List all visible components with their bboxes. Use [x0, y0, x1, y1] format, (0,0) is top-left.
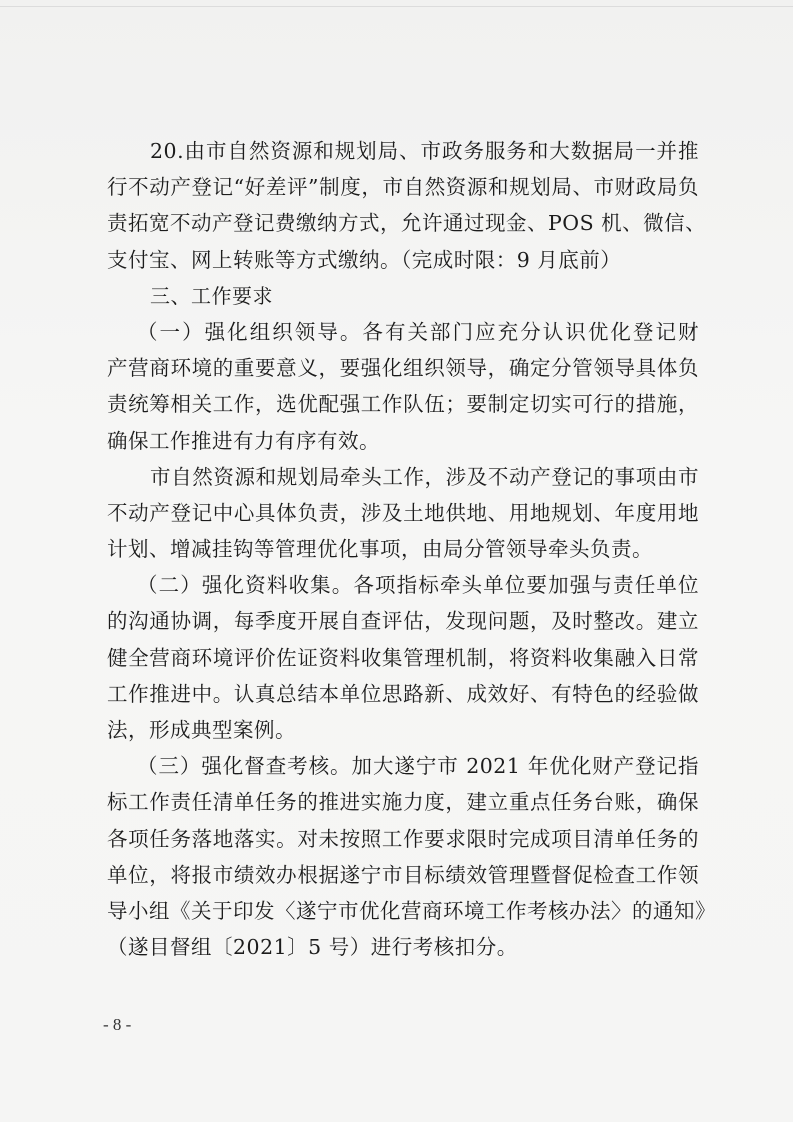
text-line: 产营商环境的重要意义，要强化组织领导，确定分管领导具体负	[107, 350, 699, 386]
text-line: 支付宝、网上转账等方式缴纳。（完成时限：9 月底前）	[107, 242, 699, 278]
text-line: （遂目督组〔2021〕5 号）进行考核扣分。	[107, 929, 699, 965]
text-line: 的沟通协调，每季度开展自查评估，发现问题，及时整改。建立	[107, 603, 699, 639]
text-line: 不动产登记中心具体负责，涉及土地供地、用地规划、年度用地	[107, 495, 699, 531]
text-line: 单位，将报市绩效办根据遂宁市目标绩效管理暨督促检查工作领	[107, 857, 699, 893]
text-line: 标工作责任清单任务的推进实施力度，建立重点任务台账，确保	[107, 784, 699, 820]
paragraph-sub3: （三）强化督查考核。加大遂宁市 2021 年优化财产登记指 标工作责任清单任务的…	[107, 748, 699, 965]
text-line: 行不动产登记“好差评”制度，市自然资源和规划局、市财政局负	[107, 169, 699, 205]
paragraph-sub2: （二）强化资料收集。各项指标牵头单位要加强与责任单位 的沟通协调，每季度开展自查…	[107, 567, 699, 748]
page-number: - 8 -	[103, 1015, 131, 1035]
document-page: 20.由市自然资源和规划局、市政务服务和大数据局一并推 行不动产登记“好差评”制…	[0, 0, 793, 1122]
text-line: 责拓宽不动产登记费缴纳方式，允许通过现金、POS 机、微信、	[107, 205, 699, 241]
text-line: （三）强化督查考核。加大遂宁市 2021 年优化财产登记指	[107, 748, 699, 784]
text-line: 确保工作推进有力有序有效。	[107, 423, 699, 459]
text-line: 计划、增减挂钩等管理优化事项，由局分管领导牵头负责。	[107, 531, 699, 567]
text-line: （一）强化组织领导。各有关部门应充分认识优化登记财	[107, 314, 699, 350]
text-line: 市自然资源和规划局牵头工作，涉及不动产登记的事项由市	[107, 459, 699, 495]
section-heading: 三、工作要求	[107, 278, 699, 314]
text-line: 导小组《关于印发〈遂宁市优化营商环境工作考核办法〉的通知》	[107, 893, 699, 929]
document-body: 20.由市自然资源和规划局、市政务服务和大数据局一并推 行不动产登记“好差评”制…	[107, 133, 699, 965]
scan-edge-line	[0, 6, 793, 7]
text-line: 各项任务落地落实。对未按照工作要求限时完成项目清单任务的	[107, 821, 699, 857]
paragraph-item-20: 20.由市自然资源和规划局、市政务服务和大数据局一并推 行不动产登记“好差评”制…	[107, 133, 699, 278]
text-line: 20.由市自然资源和规划局、市政务服务和大数据局一并推	[107, 133, 699, 169]
text-line: （二）强化资料收集。各项指标牵头单位要加强与责任单位	[107, 567, 699, 603]
text-line: 健全营商环境评价佐证资料收集管理机制，将资料收集融入日常	[107, 640, 699, 676]
paragraph-sub1: （一）强化组织领导。各有关部门应充分认识优化登记财 产营商环境的重要意义，要强化…	[107, 314, 699, 459]
paragraph-lead-unit: 市自然资源和规划局牵头工作，涉及不动产登记的事项由市 不动产登记中心具体负责，涉…	[107, 459, 699, 568]
text-line: 责统筹相关工作，选优配强工作队伍；要制定切实可行的措施，	[107, 386, 699, 422]
text-line: 法，形成典型案例。	[107, 712, 699, 748]
text-line: 工作推进中。认真总结本单位思路新、成效好、有特色的经验做	[107, 676, 699, 712]
